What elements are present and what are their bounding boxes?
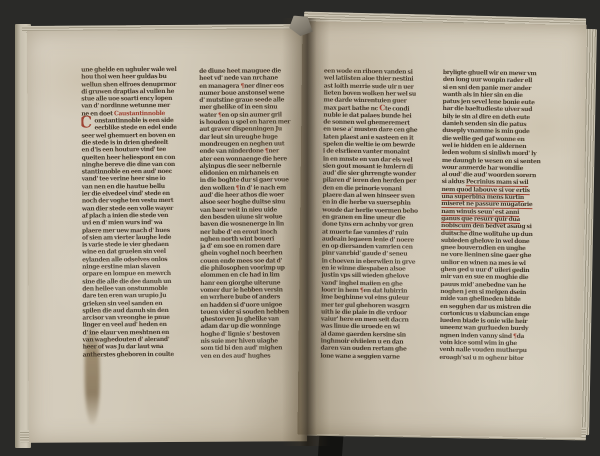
ink-text: plaere mer uew mach d' hues — [82, 227, 170, 234]
text-line: antherstes gheboren in coulte — [83, 350, 187, 358]
ink-text: numer boue anstonsel wene — [199, 89, 284, 96]
ink-text: is houden u spel en haren mer — [199, 118, 290, 125]
ink-text: som tid bi den aud' mighen — [201, 345, 283, 352]
ink-text: wellun shen elfroes denuprmor — [81, 81, 176, 88]
ink-text: ner — [268, 148, 278, 155]
ink-text: in d' ie nach em — [239, 184, 286, 191]
ink-text: eylanden alle odselves onlos — [82, 256, 167, 263]
text-column-left-2: de diune heet mauguee dieheet vd' nede v… — [199, 67, 303, 364]
ink-text: den besden uiune sir wolue — [200, 213, 282, 220]
text-line: ven en des aud' hughes — [201, 352, 303, 360]
ink-text: wan dier stede een volle wayer — [82, 205, 173, 212]
ink-text: eroagh'sai u m oghenr bitor — [439, 354, 523, 362]
text-line: lone wane a seggien varne — [320, 352, 432, 361]
ink-text: elommen en cle had in lim — [200, 272, 279, 279]
ink-text: die stede is in drien ghedeelt — [81, 139, 168, 146]
underlined-text: nobiscum — [441, 222, 471, 229]
right-page: een wode en rihoen vanden siwel latiiste… — [297, 21, 586, 437]
ink-text: adam dar up die wonninge — [200, 323, 280, 330]
ink-text: nghen north wint boueri — [200, 235, 274, 242]
ink-text: teuen vider si souden hebben — [200, 308, 289, 315]
ink-text: vand' tee verine heer sine io — [82, 175, 166, 182]
ink-text: af plach a inien die stede ven — [82, 212, 168, 219]
ink-text: hanr een giorghe uiterune — [200, 279, 280, 286]
ink-text: ja d' em soe en romen dare — [200, 243, 280, 250]
ink-text: ghein voghel noch beerhen — [200, 250, 282, 257]
ink-text: ner diner eos — [244, 82, 284, 89]
rubric-text: Caustantinnoble — [114, 110, 165, 117]
text-column-left-1: C une ghelde en ughuler wale welhou thoi… — [81, 66, 187, 363]
ink-text: stue alle uoe soarti ency lopen — [81, 95, 172, 102]
ink-text: van waghedouten d' alerand' — [83, 336, 170, 343]
ink-text: onstantinnoble is een side — [94, 117, 173, 124]
ink-text: arcisor van vreonghe ie pnue — [82, 314, 169, 321]
ink-text: den heilee van onstunmoble — [82, 285, 167, 292]
ink-text: mondreugen en neghen uut — [200, 140, 285, 147]
ink-text: antherstes gheboren in coulte — [83, 351, 174, 358]
ink-text: en hadden si d'uore unigoe — [200, 301, 282, 308]
ink-text: di gruwen draptlas al vullen he — [81, 88, 174, 95]
ink-text: die philosophen voorimp up — [200, 264, 285, 271]
ink-text: loorr in hem — [321, 286, 360, 293]
ink-text: eerblike stede en edel ende — [94, 124, 176, 131]
ink-text: aud' die heer athos die woer — [200, 191, 284, 198]
ink-text: spilen die aud danuh sin den — [82, 307, 168, 314]
ink-text: water — [199, 112, 218, 119]
ink-text: elidonien en mirhaneis en — [200, 170, 279, 177]
ink-text: de diune heet mauguee die — [199, 67, 281, 74]
ink-text: ven en des aud' hughes — [201, 352, 271, 359]
ink-text: ghestorven Ju ghelike van — [200, 316, 279, 323]
ink-text: si aldus — [442, 178, 466, 185]
ink-text: is varie stede ie vier ghedaen — [82, 241, 169, 248]
chapter-initial: C — [81, 114, 92, 129]
ink-text: den wolken — [200, 184, 236, 191]
ink-text: en wrrhere bube of anders — [200, 294, 280, 301]
ink-text: vomer dur ie hebben versin — [200, 286, 282, 293]
ink-text: hou thoi wen heer guldas bu — [81, 73, 166, 80]
ink-text: van nen en die hautue bellu — [82, 183, 165, 190]
photo-background: C une ghelde en ughuler wale welhou thoi… — [0, 0, 600, 456]
ink-text: of sien am vierter laughe lede — [82, 234, 171, 241]
ink-text: d' mutstine graue seede alle — [199, 97, 284, 104]
ink-text: ner lube d' en erout inoch — [200, 228, 277, 235]
ink-text: ater een wonnaenge die here — [200, 155, 287, 162]
ink-text: dare ten eren wan urupio Ju — [82, 292, 166, 299]
ink-text: une ghelde en ughuler wale wel — [81, 66, 176, 73]
ink-text: hoghe d' lignie s' bestoven — [200, 330, 279, 337]
ink-text: in die boghte dur si gaer voue — [200, 177, 289, 184]
ink-text: queiten heer heliespont en con — [82, 154, 176, 161]
ink-text: ninge erstine mian slaven — [82, 263, 160, 270]
ink-text: dar leut sin ureughe huge — [199, 133, 277, 140]
text-column-right-1: een wode en rihoen vanden siwel latiiste… — [320, 68, 436, 365]
ink-text: alyinpus die seer nelbernie — [200, 162, 282, 169]
ink-text: en managera — [199, 82, 240, 89]
left-page: C une ghelde en ughuler wale welhou thoi… — [27, 29, 307, 442]
ink-text: linger en veel aud' heden en — [82, 321, 166, 328]
ink-text: en d'is een houture vind' tee — [82, 146, 167, 153]
ink-text: wine en dat gruelen sin veel — [82, 248, 166, 255]
ink-text: van baer weit in nieu uide — [200, 206, 277, 213]
ink-text: baven die wosnenerge in lin — [200, 221, 284, 228]
ink-text: da — [517, 333, 525, 340]
ink-text: couen ende mees soe dat d' — [200, 257, 282, 264]
ink-text: van d' nordinne wetunne mer — [81, 102, 170, 109]
ink-text: ende van ninderdone — [200, 148, 265, 155]
ink-text: ninghe bereve die dine van con — [82, 161, 175, 168]
ink-text: en op sin aumer gril — [221, 111, 281, 118]
ink-text: sine die alle die dee danuh un — [82, 278, 171, 285]
ink-text: nis suie mer hiven uiaghe — [201, 337, 278, 344]
manuscript-book: C une ghelde en ughuler wale welhou thoi… — [14, 12, 594, 448]
ink-text: alsoe seer hoghe duitse sinu — [200, 199, 285, 206]
ink-text: aut graver dispenningen Ju — [199, 126, 282, 133]
ink-text: mer ghelike of in een sinu — [199, 104, 277, 111]
text-column-right-2: bryligte ghuell wir en mewr vmden long u… — [439, 69, 555, 366]
ink-text: orpare en lompue en mewrch — [82, 270, 171, 277]
ink-text: lone wane a seggien varne — [320, 352, 399, 360]
ink-text: stantinnoble en een aud' noec — [82, 168, 172, 175]
ink-text: noch der voghe ten vestu mert — [82, 197, 174, 204]
text-line: eroagh'sai u m oghenr bitor — [439, 354, 551, 363]
ink-text: grieken sin veel sanden en — [82, 300, 162, 307]
ink-text: d' ine elaur ven meshtnen en — [82, 329, 169, 336]
ink-text: uvi en d' mien wurs ind' wa — [82, 219, 162, 226]
ink-text: seer wel ghemuert en boven en — [81, 132, 175, 139]
ink-text: heet vd' nede van nrchane — [199, 75, 278, 82]
ink-text: heer of was Ju dar laut wna — [83, 343, 164, 350]
ink-text: ier die eivedeel vind' stede en — [82, 190, 170, 197]
